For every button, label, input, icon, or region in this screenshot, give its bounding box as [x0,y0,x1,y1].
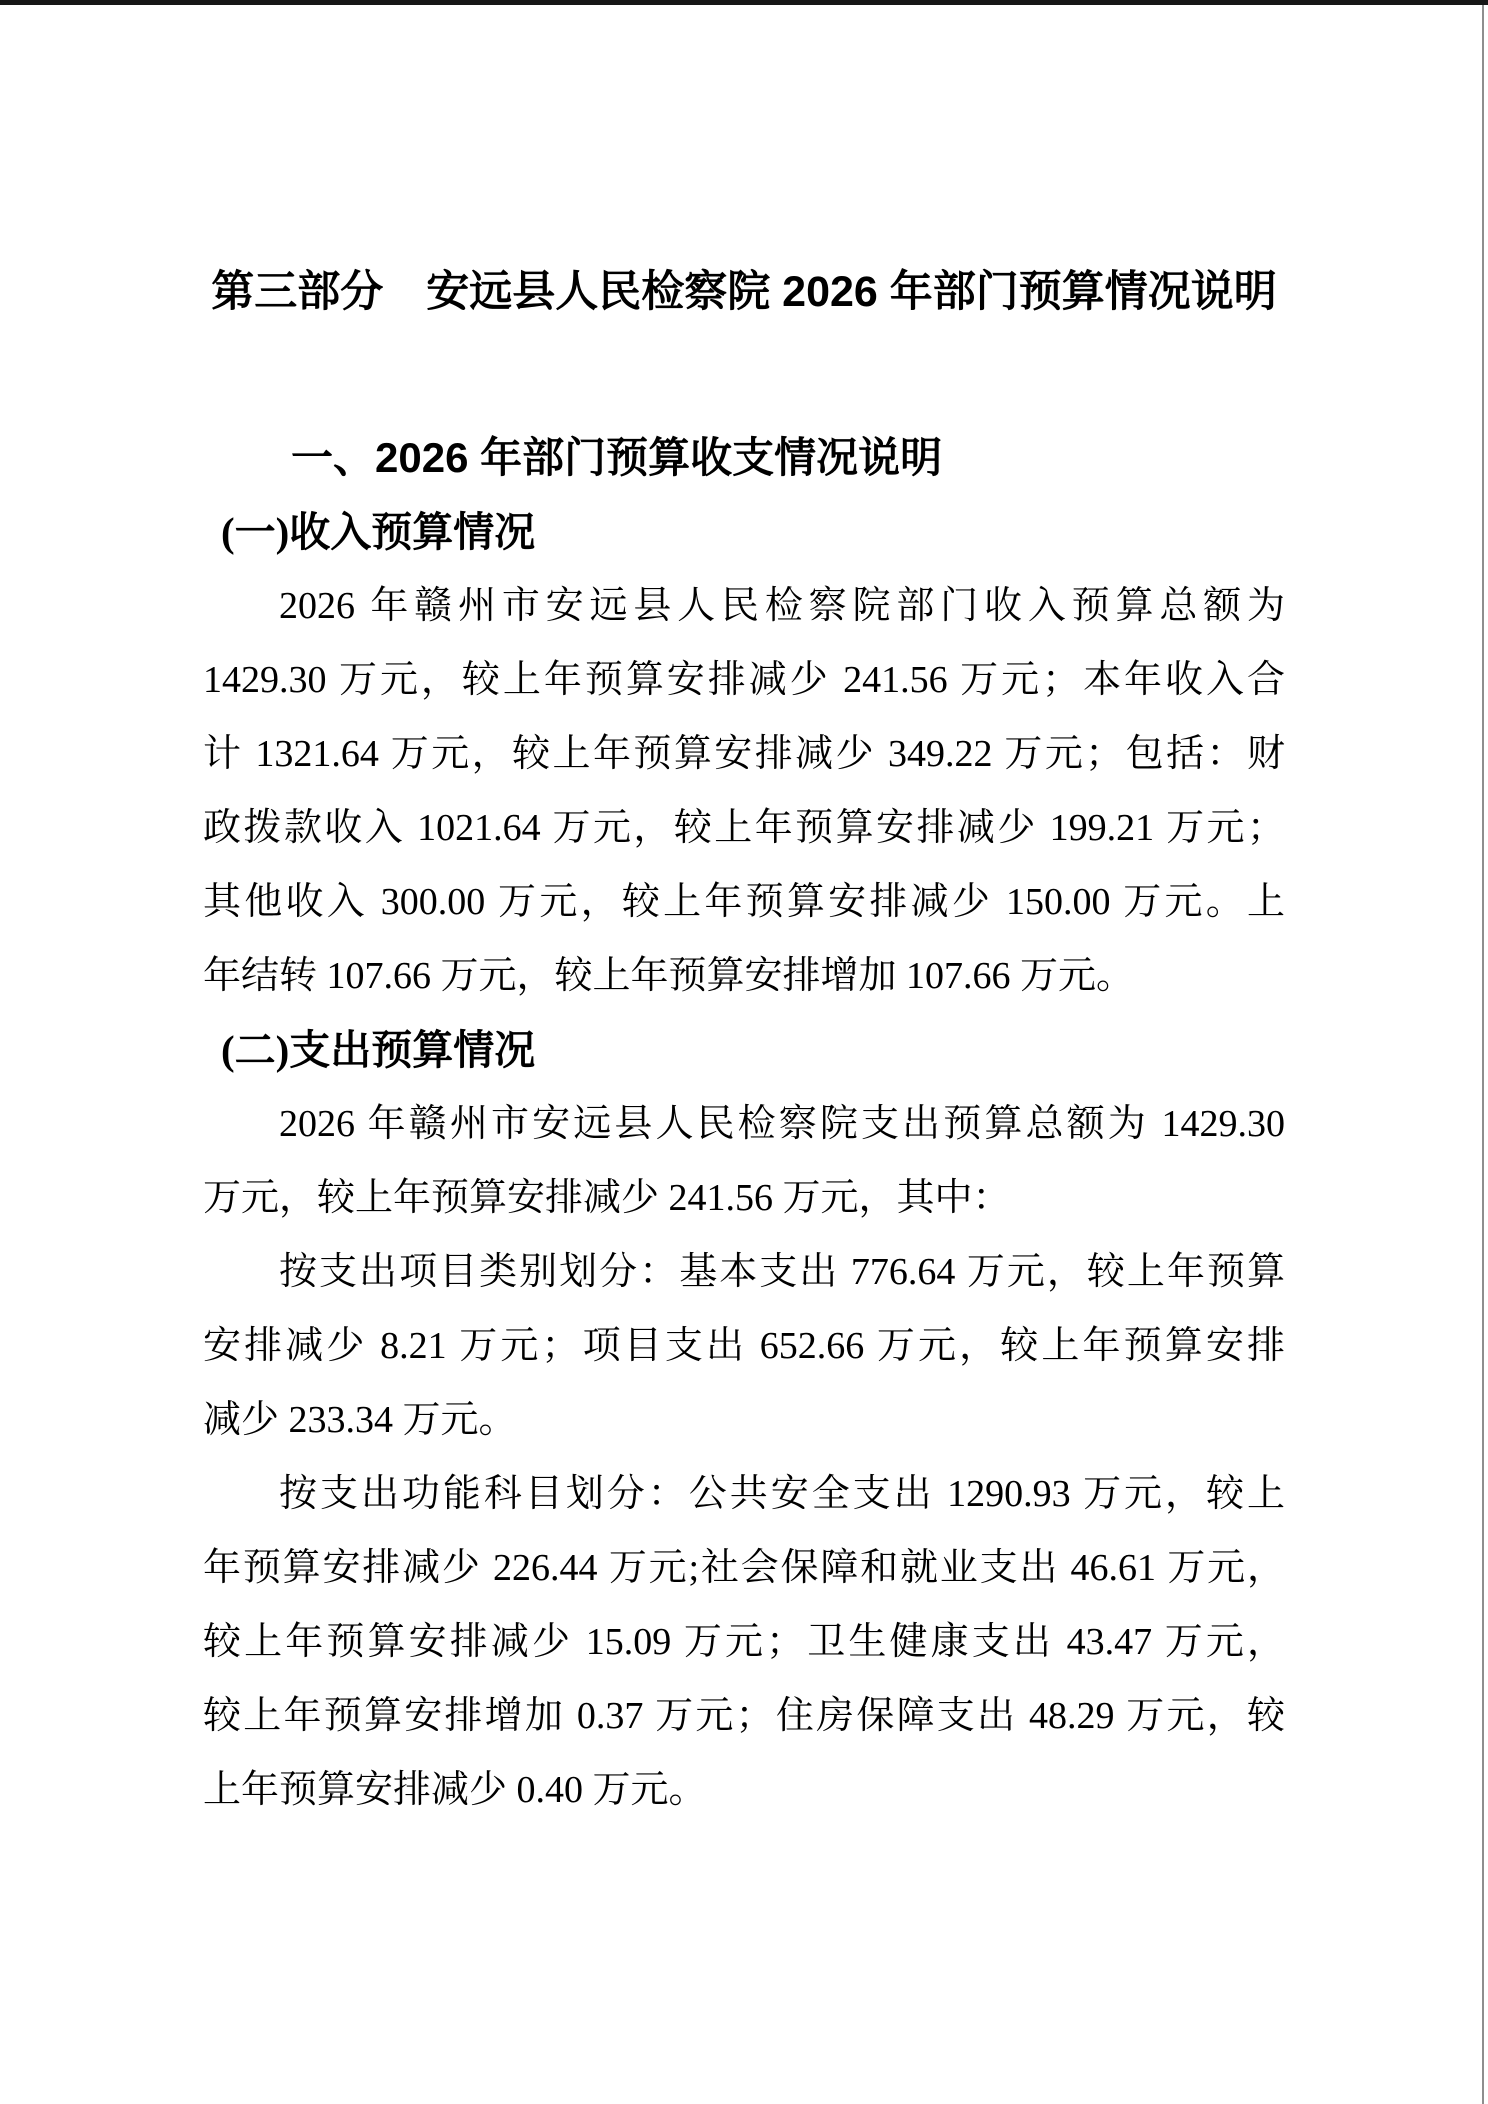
text-line: 较上年预算安排增加 0.37 万元；住房保障支出 48.29 万元，较 [203,1679,1285,1753]
text-line: 2026 年赣州市安远县人民检察院支出预算总额为 1429.30 [203,1087,1285,1161]
page-right-border [1482,5,1484,2104]
text-line: 按支出项目类别划分：基本支出 776.64 万元，较上年预算 [203,1235,1285,1309]
text-line: 较上年预算安排减少 15.09 万元；卫生健康支出 43.47 万元， [203,1605,1285,1679]
text-line: 年预算安排减少 226.44 万元;社会保障和就业支出 46.61 万元， [203,1531,1285,1605]
text-line: 上年预算安排减少 0.40 万元。 [203,1753,1285,1827]
text-line: 按支出功能科目划分：公共安全支出 1290.93 万元，较上 [203,1457,1285,1531]
text-line: 安排减少 8.21 万元；项目支出 652.66 万元，较上年预算安排 [203,1309,1285,1383]
subsection-heading-expense: (二)支出预算情况 [203,1013,1285,1087]
text-line: 其他收入 300.00 万元，较上年预算安排减少 150.00 万元。上 [203,865,1285,939]
subsection-heading-income: (一)收入预算情况 [203,495,1285,569]
text-line: 万元，较上年预算安排减少 241.56 万元，其中： [203,1161,1285,1235]
text-line: 年结转 107.66 万元，较上年预算安排增加 107.66 万元。 [203,939,1285,1013]
section-heading-1: 一、2026 年部门预算收支情况说明 [203,421,1285,495]
document-body: 一、2026 年部门预算收支情况说明(一)收入预算情况2026 年赣州市安远县人… [203,421,1285,1827]
document-page: 第三部分 安远县人民检察院 2026 年部门预算情况说明 一、2026 年部门预… [0,0,1488,2104]
text-line: 减少 233.34 万元。 [203,1383,1285,1457]
document-content: 第三部分 安远县人民检察院 2026 年部门预算情况说明 一、2026 年部门预… [203,0,1285,1827]
text-line: 计 1321.64 万元，较上年预算安排减少 349.22 万元；包括：财 [203,717,1285,791]
document-title: 第三部分 安远县人民检察院 2026 年部门预算情况说明 [203,260,1285,324]
text-line: 1429.30 万元，较上年预算安排减少 241.56 万元；本年收入合 [203,643,1285,717]
text-line: 2026 年赣州市安远县人民检察院部门收入预算总额为 [203,569,1285,643]
text-line: 政拨款收入 1021.64 万元，较上年预算安排减少 199.21 万元； [203,791,1285,865]
